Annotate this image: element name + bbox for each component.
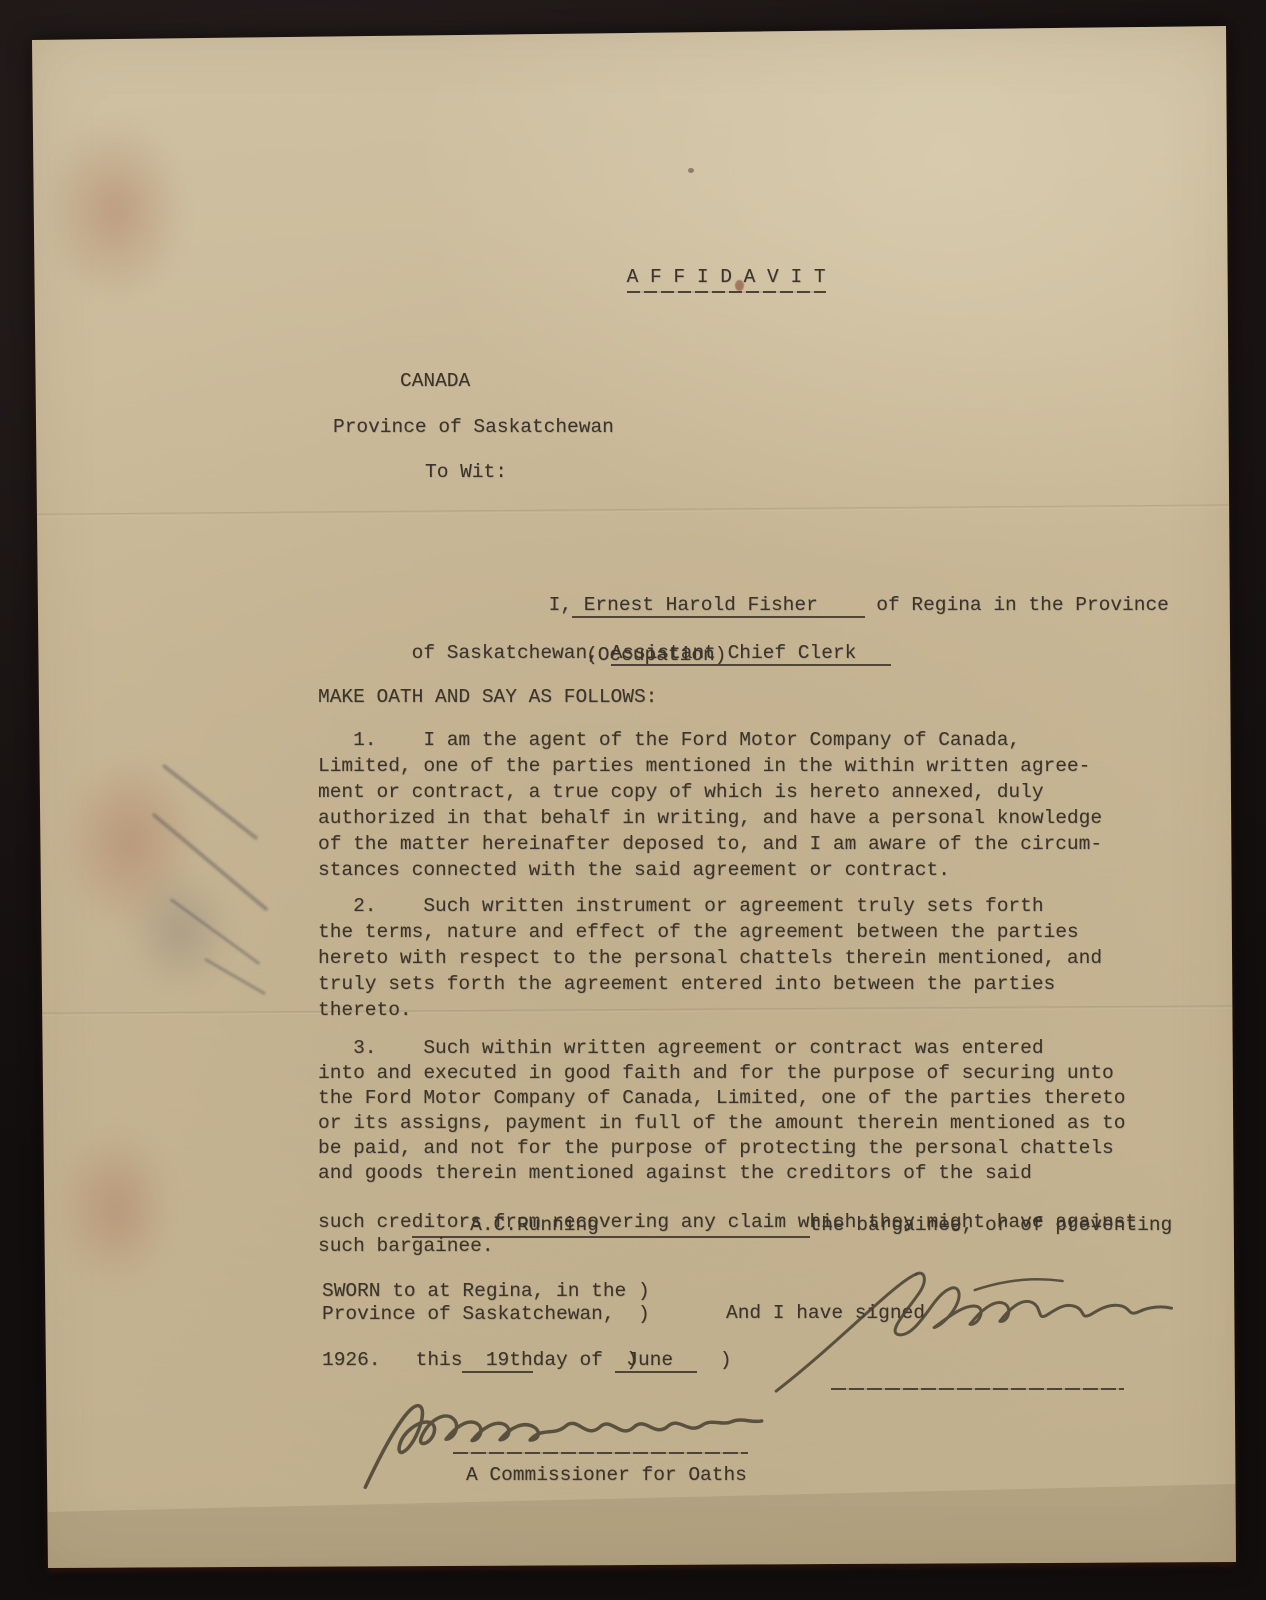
stain-gray-smudge	[110, 850, 250, 1010]
declarant-signature-line	[831, 1388, 1124, 1390]
paragraph-2: 2. Such written instrument or agreement …	[318, 893, 1102, 1023]
paragraph-3: 3. Such within written agreement or cont…	[318, 1036, 1125, 1186]
photo-background: A F F I D A V I T CANADA Province of Sas…	[0, 0, 1266, 1600]
stain-speck-upper	[688, 168, 694, 173]
country-label: CANADA	[400, 368, 470, 394]
title-text: A F F I D A V I T	[627, 266, 826, 293]
affidavit-page: A F F I D A V I T CANADA Province of Sas…	[0, 0, 1266, 1600]
stain-red-lower-left	[55, 1125, 175, 1290]
jurat-line-1: SWORN to at Regina, in the )	[322, 1280, 650, 1303]
declarant-signature	[766, 1253, 1190, 1398]
declarant-prefix: I,	[549, 594, 572, 616]
oath-heading: MAKE OATH AND SAY AS FOLLOWS:	[318, 684, 657, 710]
jurat-line-4: 1926. )	[322, 1349, 638, 1372]
declarant-suffix: of Regina in the Province	[865, 594, 1169, 616]
paragraph-3-continued: such creditors from recovering any claim…	[318, 1210, 1137, 1258]
jurat-line-2: Province of Saskatchewan, )	[322, 1303, 650, 1326]
province-label: Province of Saskatchewan	[333, 414, 614, 440]
occupation-caption: (Occupation)	[586, 642, 726, 668]
to-wit-label: To Wit:	[425, 459, 507, 485]
fold-crease-upper	[30, 504, 1240, 517]
commissioner-signature-line	[453, 1452, 748, 1454]
paragraph-1: 1. I am the agent of the Ford Motor Comp…	[318, 727, 1102, 883]
commissioner-caption: A Commissioner for Oaths	[466, 1462, 747, 1488]
occupation-prefix: of Saskatchewan,	[412, 642, 611, 664]
stain-red-top-left	[42, 118, 187, 303]
document-title: A F F I D A V I T	[533, 238, 826, 316]
jurat-paren: )	[697, 1349, 732, 1371]
